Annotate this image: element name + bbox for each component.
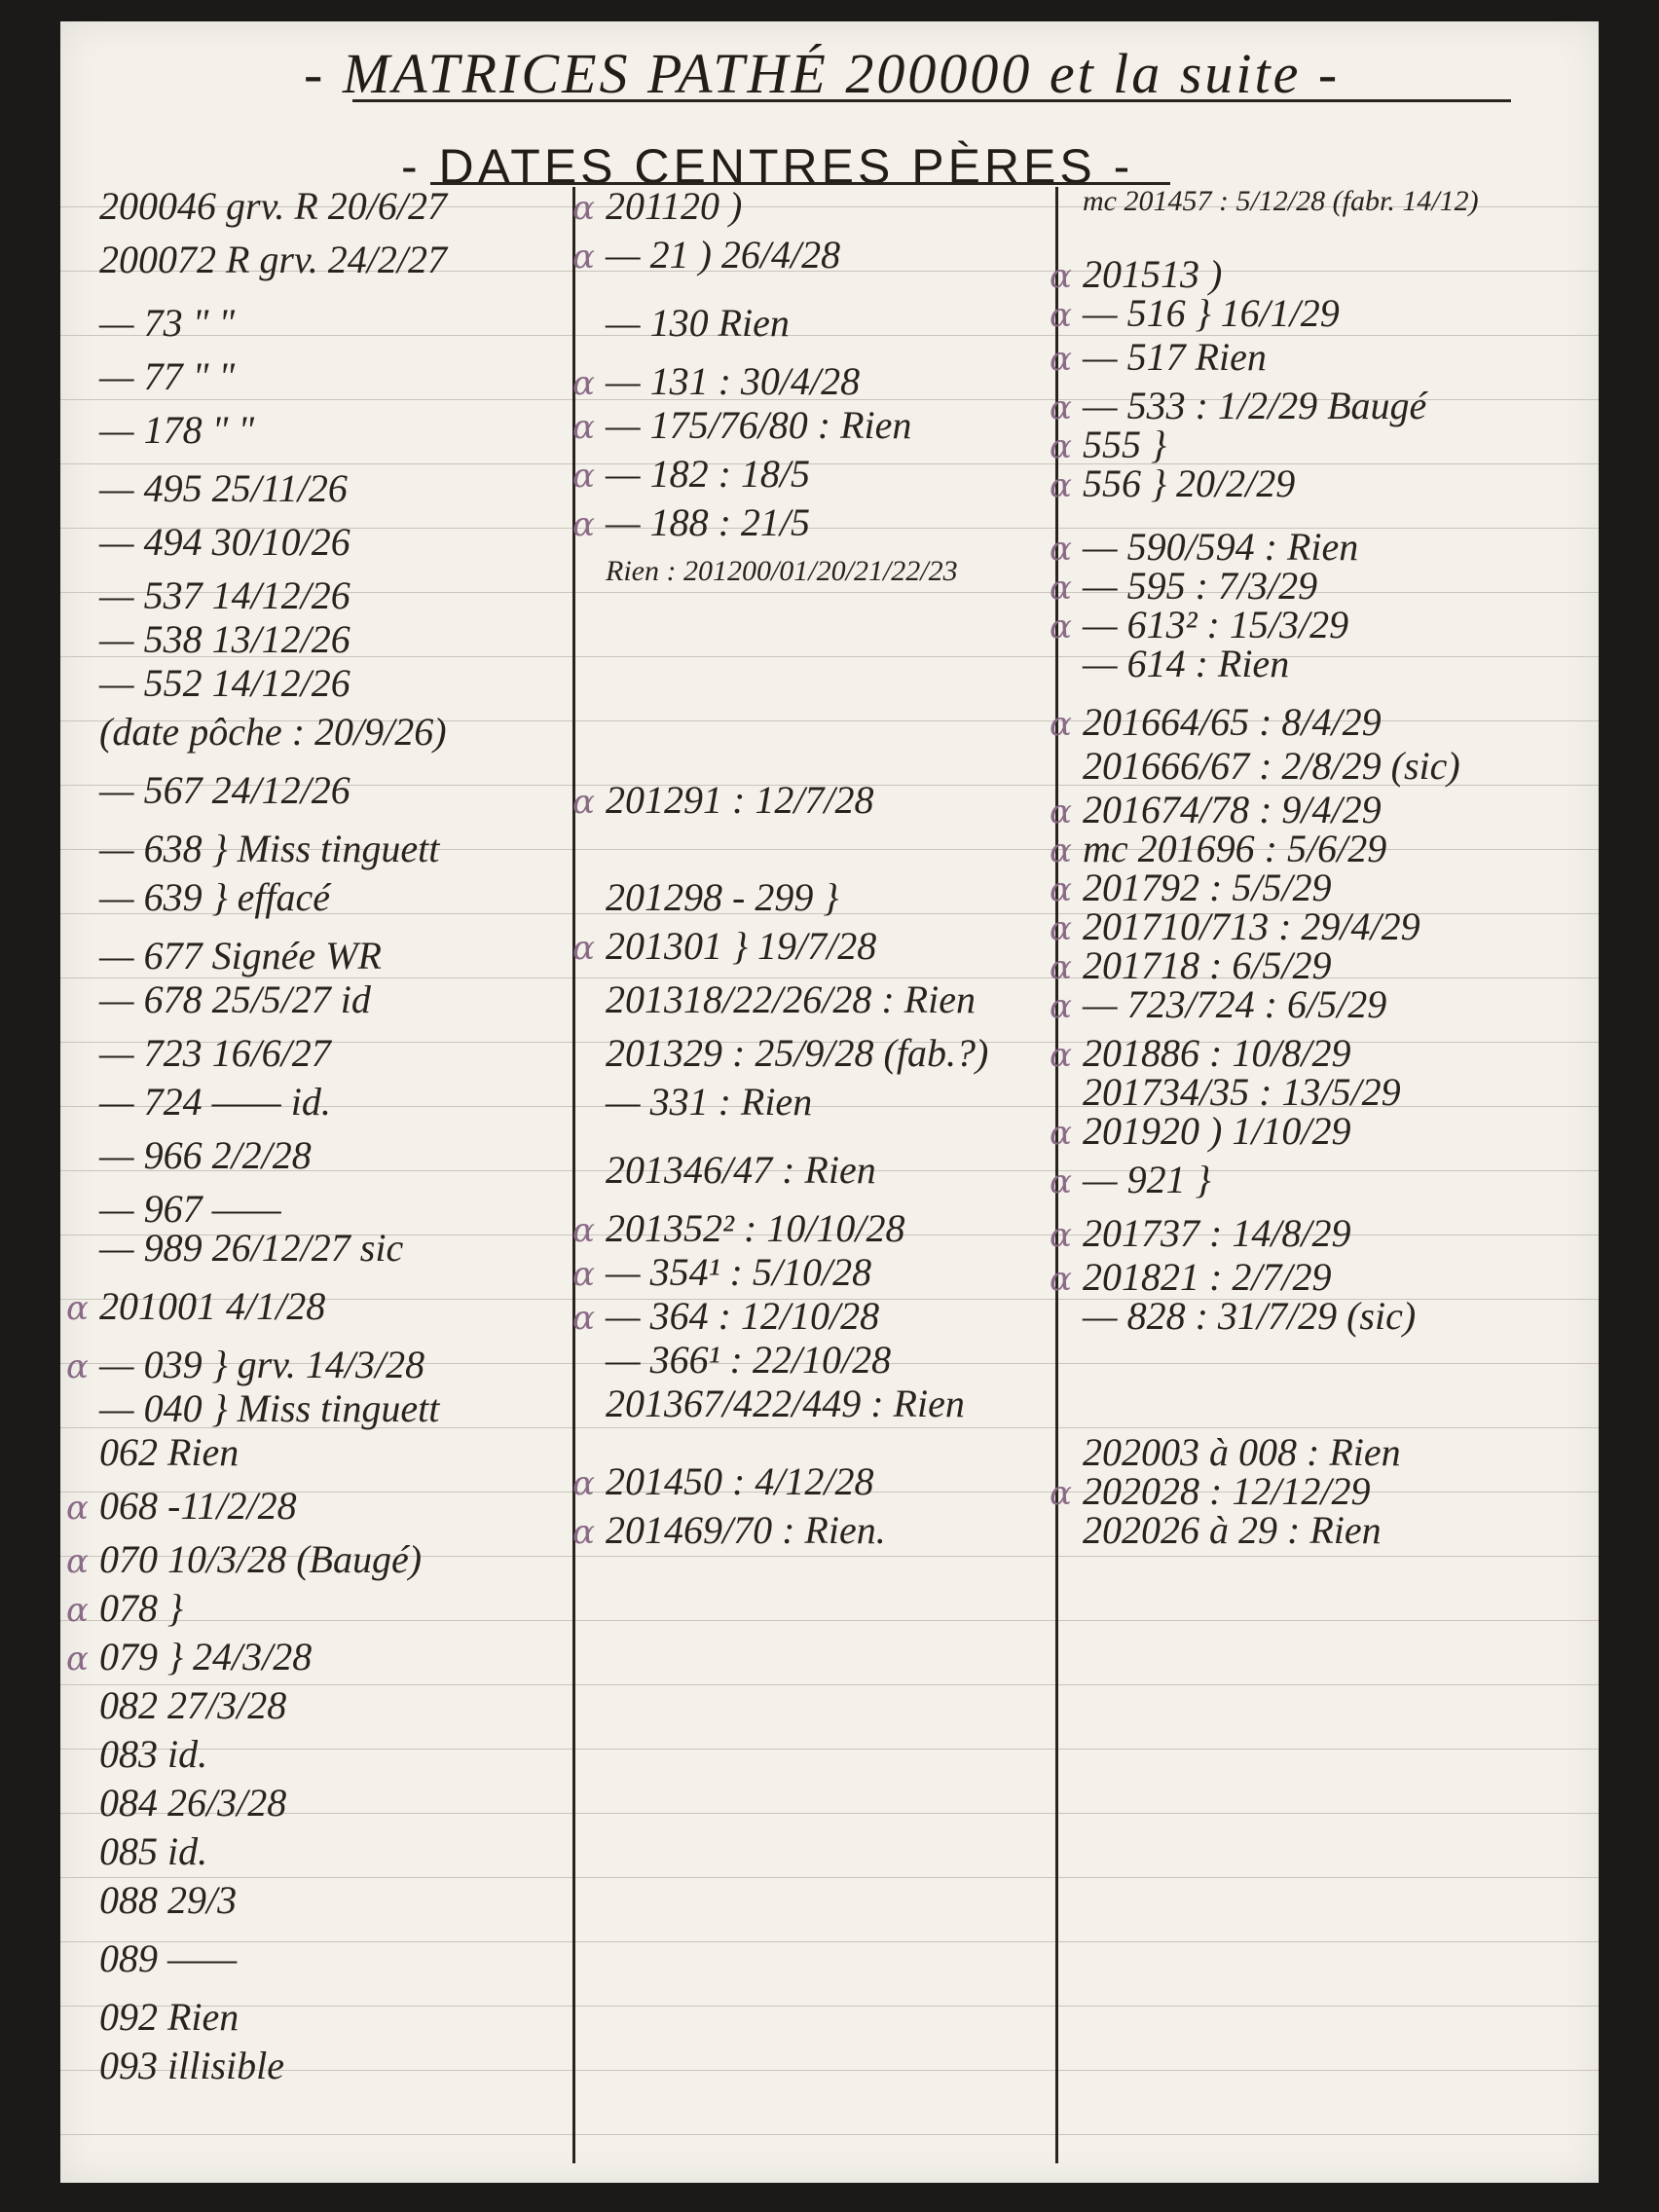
ledger-entry: — 494 30/10/26 (99, 523, 350, 562)
check-mark-icon: α (1050, 530, 1072, 569)
ruled-line (60, 1749, 1599, 1750)
ledger-entry: — 178 " " (99, 411, 254, 450)
check-mark-icon: α (66, 1489, 89, 1528)
check-mark-icon: α (572, 238, 595, 276)
ledger-entry: 201737 : 14/8/29 (1083, 1214, 1351, 1253)
ledger-entry: 201291 : 12/7/28 (606, 781, 874, 820)
check-mark-icon: α (572, 457, 595, 496)
ledger-entry: 201920 ) 1/10/29 (1083, 1112, 1351, 1151)
ledger-entry: — 724 —— id. (99, 1083, 331, 1122)
ledger-entry: — 967 —— (99, 1190, 281, 1229)
check-mark-icon: α (1050, 870, 1072, 909)
ledger-entry: 201318/22/26/28 : Rien (606, 980, 976, 1019)
ledger-entry: 201301 } 19/7/28 (606, 927, 876, 966)
ruled-line (60, 1620, 1599, 1621)
ledger-entry: — 21 ) 26/4/28 (606, 236, 840, 275)
ruled-line (60, 463, 1599, 464)
ledger-entry: 201513 ) (1083, 255, 1222, 294)
ruled-line (60, 1684, 1599, 1685)
ledger-entry: 201367/422/449 : Rien (606, 1384, 965, 1423)
ledger-entry: 089 —— (99, 1939, 237, 1978)
check-mark-icon: α (1050, 793, 1072, 831)
check-mark-icon: α (572, 1211, 595, 1250)
ledger-entry: — 921 } (1083, 1161, 1211, 1199)
ledger-entry: 201298 - 299 } (606, 878, 838, 917)
ledger-entry: 201352² : 10/10/28 (606, 1209, 905, 1248)
ledger-entry: — 567 24/12/26 (99, 771, 350, 810)
ledger-entry: 201674/78 : 9/4/29 (1083, 791, 1382, 829)
ledger-entry: 201792 : 5/5/29 (1083, 868, 1332, 907)
ledger-entry: — 723/724 : 6/5/29 (1083, 985, 1386, 1024)
ledger-entry: — 639 } effacé (99, 878, 330, 917)
check-mark-icon: α (1050, 608, 1072, 646)
ledger-entry: 084 26/3/28 (99, 1784, 286, 1823)
ruled-line (60, 2006, 1599, 2007)
ruled-line (60, 2134, 1599, 2135)
ledger-entry: — 552 14/12/26 (99, 664, 350, 703)
ledger-entry: — 354¹ : 5/10/28 (606, 1253, 871, 1292)
ledger-entry: — 366¹ : 22/10/28 (606, 1341, 891, 1380)
check-mark-icon: α (66, 1289, 89, 1328)
ledger-entry: — 590/594 : Rien (1083, 528, 1358, 567)
ledger-entry: 201450 : 4/12/28 (606, 1462, 874, 1501)
check-mark-icon: α (1050, 1162, 1072, 1201)
ledger-entry: 201718 : 6/5/29 (1083, 946, 1332, 985)
ledger-entry: 201001 4/1/28 (99, 1287, 325, 1326)
ledger-entry: — 130 Rien (606, 304, 790, 343)
check-mark-icon: α (572, 1513, 595, 1552)
ledger-entry: — 638 } Miss tinguett (99, 829, 439, 868)
ledger-entry: 201329 : 25/9/28 (fab.?) (606, 1034, 988, 1073)
ledger-entry: — 131 : 30/4/28 (606, 362, 860, 401)
check-mark-icon: α (1050, 388, 1072, 427)
ledger-entry: — 331 : Rien (606, 1083, 812, 1122)
ledger-entry: 085 id. (99, 1832, 207, 1871)
ledger-entry: 202003 à 008 : Rien (1083, 1433, 1401, 1472)
check-mark-icon: α (1050, 948, 1072, 987)
ledger-entry: — 678 25/5/27 id (99, 980, 371, 1019)
ruled-line (60, 1813, 1599, 1814)
paper-sheet: - MATRICES PATHÉ 200000 et la suite - - … (60, 21, 1599, 2183)
ledger-entry: 202028 : 12/12/29 (1083, 1472, 1371, 1511)
ledger-entry: — 828 : 31/7/29 (sic) (1083, 1297, 1416, 1336)
check-mark-icon: α (1050, 987, 1072, 1026)
ledger-entry: 070 10/3/28 (Baugé) (99, 1540, 422, 1579)
check-mark-icon: α (572, 505, 595, 544)
ruled-line (60, 2070, 1599, 2071)
check-mark-icon: α (1050, 296, 1072, 335)
ruled-line (60, 1941, 1599, 1942)
check-mark-icon: α (572, 408, 595, 447)
check-mark-icon: α (1050, 1474, 1072, 1513)
check-mark-icon: α (66, 1591, 89, 1630)
ledger-entry: 201734/35 : 13/5/29 (1083, 1073, 1401, 1112)
check-mark-icon: α (66, 1640, 89, 1678)
ledger-entry: 201469/70 : Rien. (606, 1511, 886, 1550)
ledger-entry: — 533 : 1/2/29 Baugé (1083, 387, 1426, 425)
ledger-entry: mc 201696 : 5/6/29 (1083, 829, 1386, 868)
ledger-entry: 201710/713 : 29/4/29 (1083, 907, 1420, 946)
ledger-entry: — 517 Rien (1083, 338, 1267, 377)
ledger-entry: — 188 : 21/5 (606, 503, 810, 542)
ledger-entry: — 614 : Rien (1083, 645, 1289, 683)
ledger-entry: — 73 " " (99, 304, 235, 343)
page-title: - MATRICES PATHÉ 200000 et la suite - (304, 41, 1340, 106)
ledger-entry: 062 Rien (99, 1433, 239, 1472)
check-mark-icon: α (1050, 1036, 1072, 1075)
ledger-entry: — 989 26/12/27 sic (99, 1229, 403, 1268)
ledger-entry: 201664/65 : 8/4/29 (1083, 703, 1382, 742)
ledger-entry: 200046 grv. R 20/6/27 (99, 187, 447, 226)
check-mark-icon: α (572, 783, 595, 822)
check-mark-icon: α (1050, 1114, 1072, 1153)
ledger-entry: 201886 : 10/8/29 (1083, 1034, 1351, 1073)
check-mark-icon: α (1050, 705, 1072, 744)
check-mark-icon: α (66, 1347, 89, 1386)
check-mark-icon: α (1050, 257, 1072, 296)
ledger-entry: Rien : 201200/01/20/21/22/23 (606, 557, 958, 586)
subtitle-underline (430, 182, 1170, 185)
ledger-entry: 201666/67 : 2/8/29 (sic) (1083, 747, 1460, 786)
ledger-entry: 201120 ) (606, 187, 742, 226)
ledger-entry: 083 id. (99, 1735, 207, 1774)
ledger-entry: 201821 : 2/7/29 (1083, 1258, 1332, 1297)
ledger-entry: (date pôche : 20/9/26) (99, 713, 447, 752)
ledger-entry: 202026 à 29 : Rien (1083, 1511, 1382, 1550)
ledger-entry: — 77 " " (99, 357, 235, 396)
check-mark-icon: α (572, 189, 595, 228)
check-mark-icon: α (1050, 1260, 1072, 1299)
check-mark-icon: α (1050, 1216, 1072, 1255)
ledger-entry: 200072 R grv. 24/2/27 (99, 240, 447, 279)
check-mark-icon: α (572, 1464, 595, 1503)
ledger-entry: — 364 : 12/10/28 (606, 1297, 879, 1336)
ledger-entry: — 182 : 18/5 (606, 455, 810, 494)
ledger-entry: — 966 2/2/28 (99, 1136, 312, 1175)
ledger-entry: 068 -11/2/28 (99, 1487, 297, 1526)
ledger-entry: — 039 } grv. 14/3/28 (99, 1346, 424, 1384)
check-mark-icon: α (1050, 831, 1072, 870)
check-mark-icon: α (572, 364, 595, 403)
ledger-entry: 088 29/3 (99, 1881, 237, 1920)
ledger-entry: — 516 } 16/1/29 (1083, 294, 1340, 333)
ledger-entry: 556 } 20/2/29 (1083, 464, 1295, 503)
check-mark-icon: α (572, 929, 595, 968)
check-mark-icon: α (572, 1255, 595, 1294)
ledger-entry: 555 } (1083, 425, 1166, 464)
ledger-entry: 078 } (99, 1589, 183, 1628)
ledger-entry: — 677 Signée WR (99, 937, 382, 976)
ledger-entry: 201346/47 : Rien (606, 1151, 876, 1190)
title-underline (352, 99, 1511, 102)
ledger-entry: — 613² : 15/3/29 (1083, 606, 1348, 645)
check-mark-icon: α (572, 1299, 595, 1338)
ruled-line (60, 335, 1599, 336)
check-mark-icon: α (66, 1542, 89, 1581)
ledger-entry: — 175/76/80 : Rien (606, 406, 911, 445)
check-mark-icon: α (1050, 340, 1072, 379)
ledger-entry: — 537 14/12/26 (99, 576, 350, 615)
check-mark-icon: α (1050, 569, 1072, 608)
ledger-entry: — 040 } Miss tinguett (99, 1389, 439, 1428)
ruled-line (60, 1877, 1599, 1878)
check-mark-icon: α (1050, 427, 1072, 466)
ledger-entry: — 723 16/6/27 (99, 1034, 331, 1073)
ledger-entry: mc 201457 : 5/12/28 (fabr. 14/12) (1083, 187, 1479, 216)
ledger-entry: 093 illisible (99, 2046, 284, 2085)
ledger-entry: 092 Rien (99, 1998, 239, 2037)
check-mark-icon: α (1050, 909, 1072, 948)
page-subtitle: - DATES CENTRES PÈRES - (401, 138, 1133, 195)
ledger-entry: — 495 25/11/26 (99, 469, 348, 508)
ledger-entry: 079 } 24/3/28 (99, 1638, 312, 1677)
ledger-entry: — 595 : 7/3/29 (1083, 567, 1317, 606)
check-mark-icon: α (1050, 466, 1072, 505)
ledger-entry: 082 27/3/28 (99, 1686, 286, 1725)
ledger-entry: — 538 13/12/26 (99, 620, 350, 659)
